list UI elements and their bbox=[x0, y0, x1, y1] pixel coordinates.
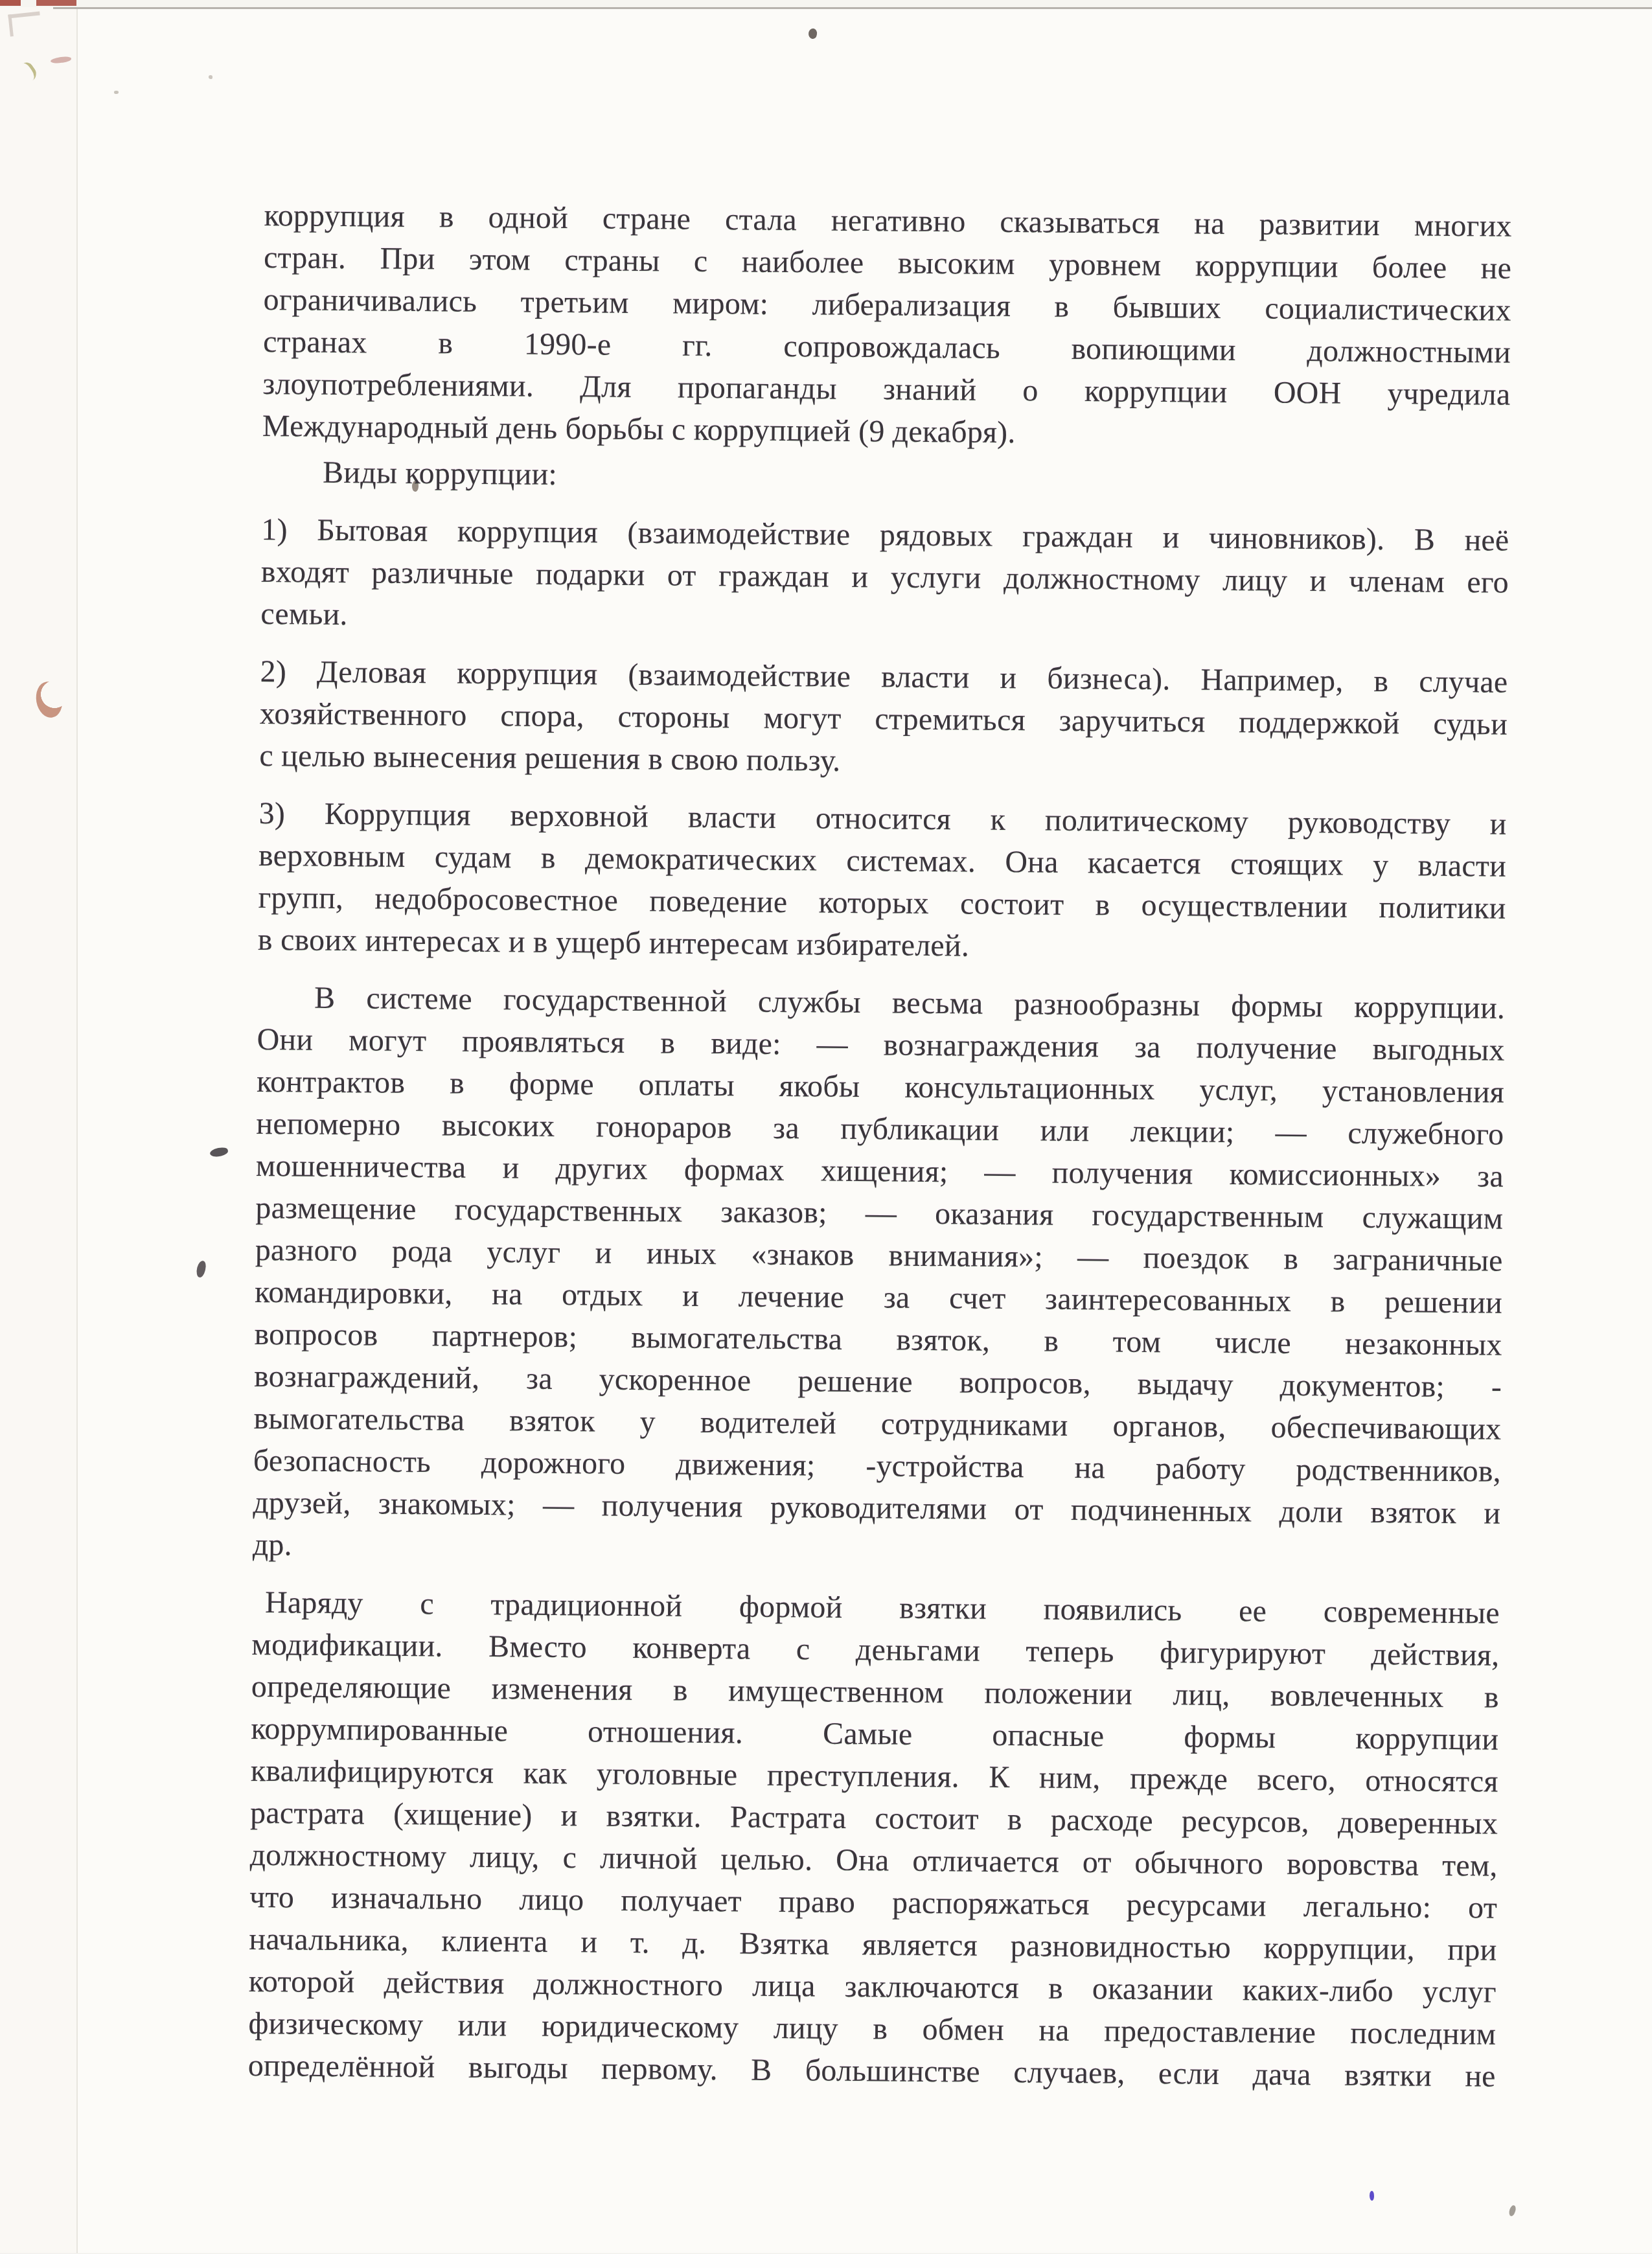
gray-comma-bottom-mark bbox=[1508, 2205, 1517, 2217]
paragraph-intro: коррупция в одной стране стала негативно… bbox=[262, 194, 1512, 458]
ink-dot-top-center-mark bbox=[808, 28, 818, 40]
red-edge-mark-left bbox=[0, 0, 21, 6]
paragraph-formy-korrupcii: В системе государственной службы весьма … bbox=[253, 976, 1506, 1577]
page-left-margin-band bbox=[0, 0, 76, 2268]
paragraph-item-3-verhovnaya: 3) Коррупция верховной власти относится … bbox=[258, 792, 1507, 972]
corner-angle-mark bbox=[8, 12, 41, 37]
red-edge-mark-right bbox=[36, 0, 76, 6]
page-top-edge-line bbox=[53, 7, 1652, 9]
purple-speck-bottom-mark bbox=[1370, 2191, 1374, 2201]
speck-top-a-mark bbox=[114, 91, 119, 94]
page-fold-line bbox=[76, 0, 78, 2268]
heading-vidy-korrupcii: Виды коррупции: bbox=[262, 451, 1509, 504]
scanner-bottom-strip bbox=[0, 2253, 1652, 2268]
dark-comma-margin-mark bbox=[195, 1260, 207, 1278]
document-text: коррупция в одной стране стала негативно… bbox=[248, 194, 1512, 2098]
paragraph-sovremennye-modifikacii: Наряду с традиционной формой взятки появ… bbox=[248, 1581, 1500, 2098]
dark-dash-margin-mark bbox=[209, 1146, 229, 1158]
paragraph-item-1-bytovaya: 1) Бытовая коррупция (взаимодействие ряд… bbox=[260, 509, 1509, 646]
text-line: Виды коррупции: bbox=[262, 451, 1509, 504]
scanner-top-strip bbox=[0, 0, 1652, 7]
scanned-page: коррупция в одной стране стала негативно… bbox=[0, 0, 1652, 2268]
speck-top-b-mark bbox=[209, 75, 212, 79]
paragraph-item-2-delovaya: 2) Деловая коррупция (взаимодействие вла… bbox=[259, 650, 1508, 788]
